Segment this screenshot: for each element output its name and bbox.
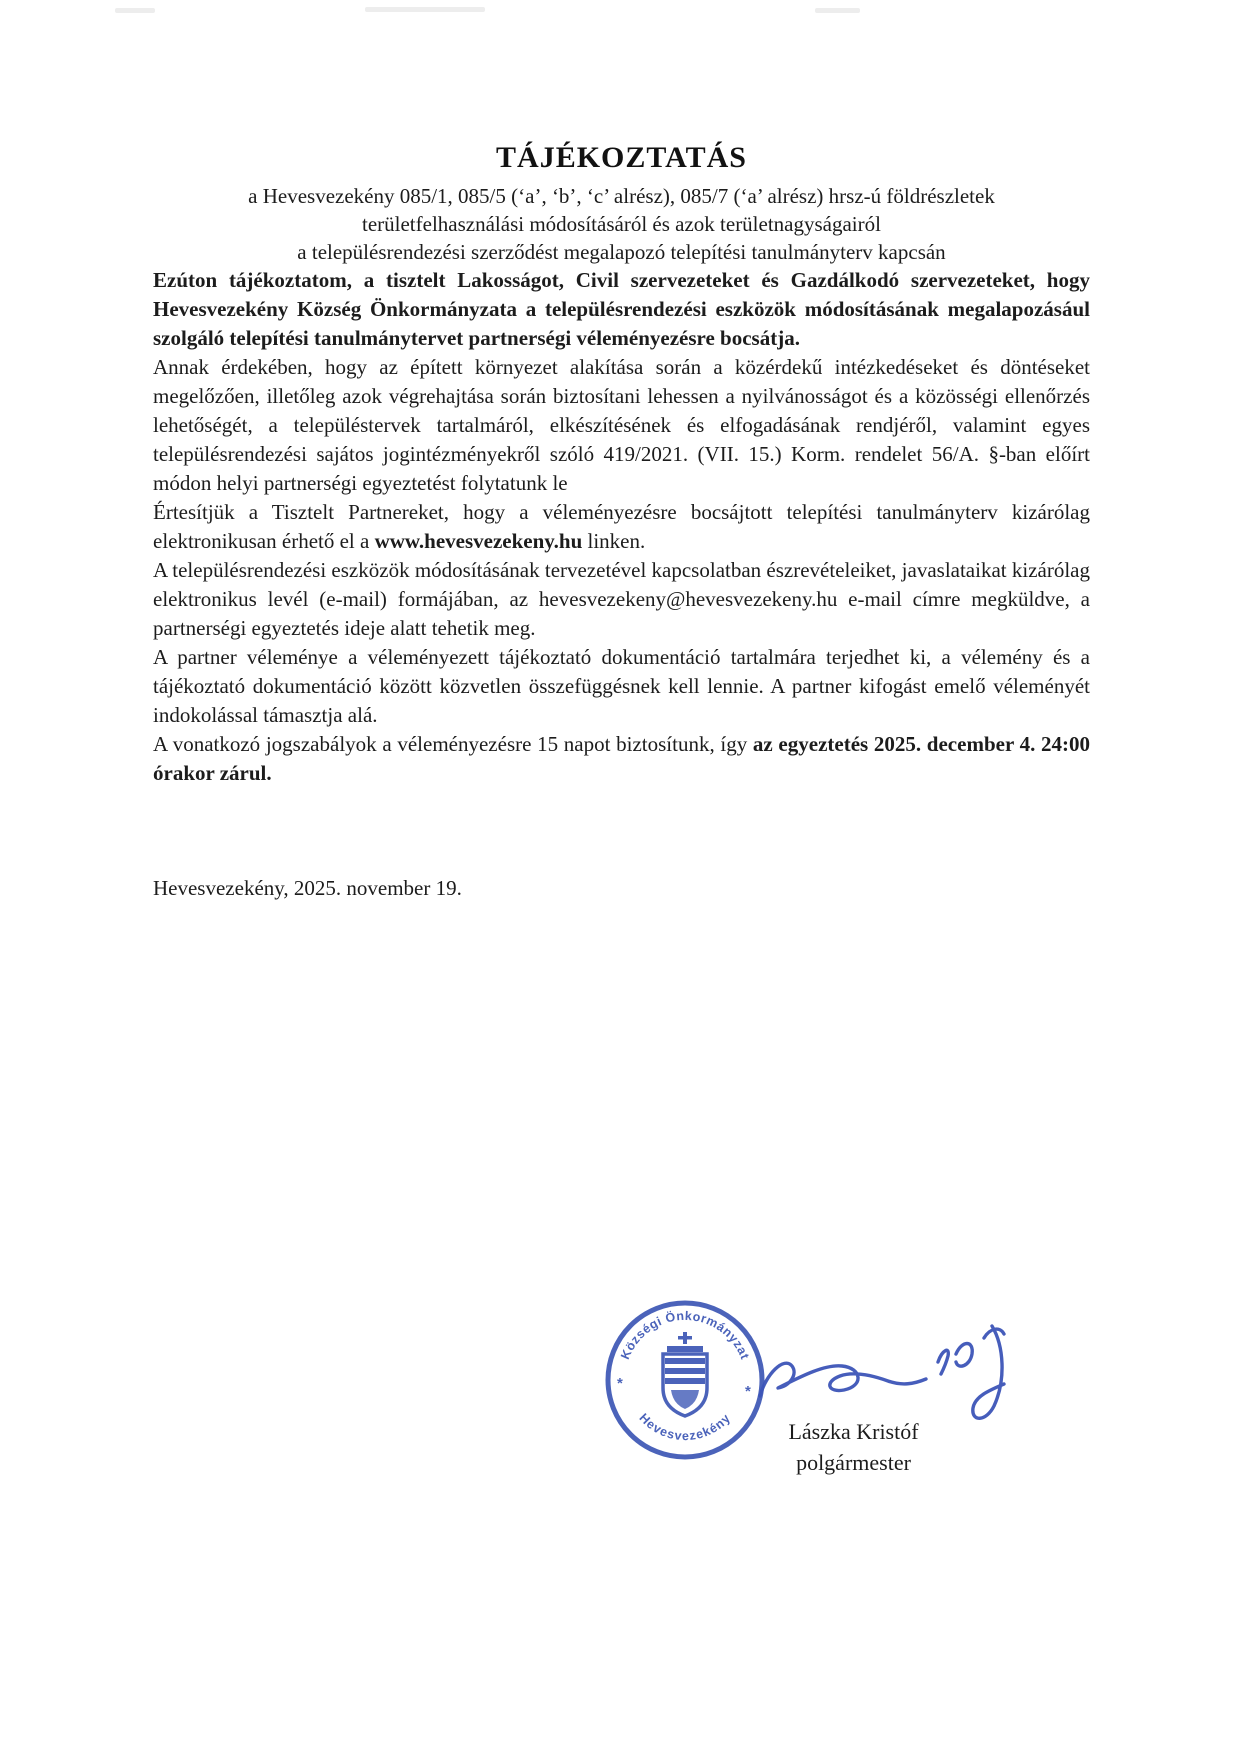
paragraph-announcement: Ezúton tájékoztatom, a tisztelt Lakosság… xyxy=(153,266,1090,353)
subtitle-line: területfelhasználási módosításáról és az… xyxy=(153,210,1090,238)
scanned-document-page: TÁJÉKOZTATÁS a Hevesvezekény 085/1, 085/… xyxy=(0,0,1241,1755)
subtitle-line: a Hevesvezekény 085/1, 085/5 (‘a’, ‘b’, … xyxy=(153,182,1090,210)
stamp-star-left: * xyxy=(617,1375,623,1392)
subtitle-line: a településrendezési szerződést megalapo… xyxy=(153,238,1090,266)
paragraph-opinion-scope: A partner véleménye a véleményezett tájé… xyxy=(153,643,1090,730)
dateline: Hevesvezekény, 2025. november 19. xyxy=(153,876,1090,901)
paragraph-feedback-email: A településrendezési eszközök módosításá… xyxy=(153,556,1090,643)
signature-stroke xyxy=(956,1344,972,1367)
website-link: www.hevesvezekeny.hu xyxy=(375,529,583,553)
signer-title: polgármester xyxy=(736,1447,971,1478)
document-title: TÁJÉKOZTATÁS xyxy=(153,141,1090,175)
signer-name: Lászka Kristóf xyxy=(736,1416,971,1447)
document-subtitle: a Hevesvezekény 085/1, 085/5 (‘a’, ‘b’, … xyxy=(153,182,1090,266)
paragraph-deadline-text: A vonatkozó jogszabályok a véleményezésr… xyxy=(153,732,753,756)
signature-stroke xyxy=(938,1350,948,1374)
document-body: TÁJÉKOZTATÁS a Hevesvezekény 085/1, 085/… xyxy=(153,0,1090,901)
signature-stroke xyxy=(760,1363,926,1396)
signature-stroke xyxy=(973,1326,1004,1418)
paragraph-availability-tail: linken. xyxy=(582,529,645,553)
scan-artifact xyxy=(115,8,155,13)
paragraph-legal-basis: Annak érdekében, hogy az épített környez… xyxy=(153,353,1090,498)
coat-of-arms-icon xyxy=(663,1332,707,1416)
paragraph-deadline: A vonatkozó jogszabályok a véleményezésr… xyxy=(153,730,1090,788)
paragraph-availability: Értesítjük a Tisztelt Partnereket, hogy … xyxy=(153,498,1090,556)
signature-block: Lászka Kristóf polgármester xyxy=(736,1416,971,1478)
